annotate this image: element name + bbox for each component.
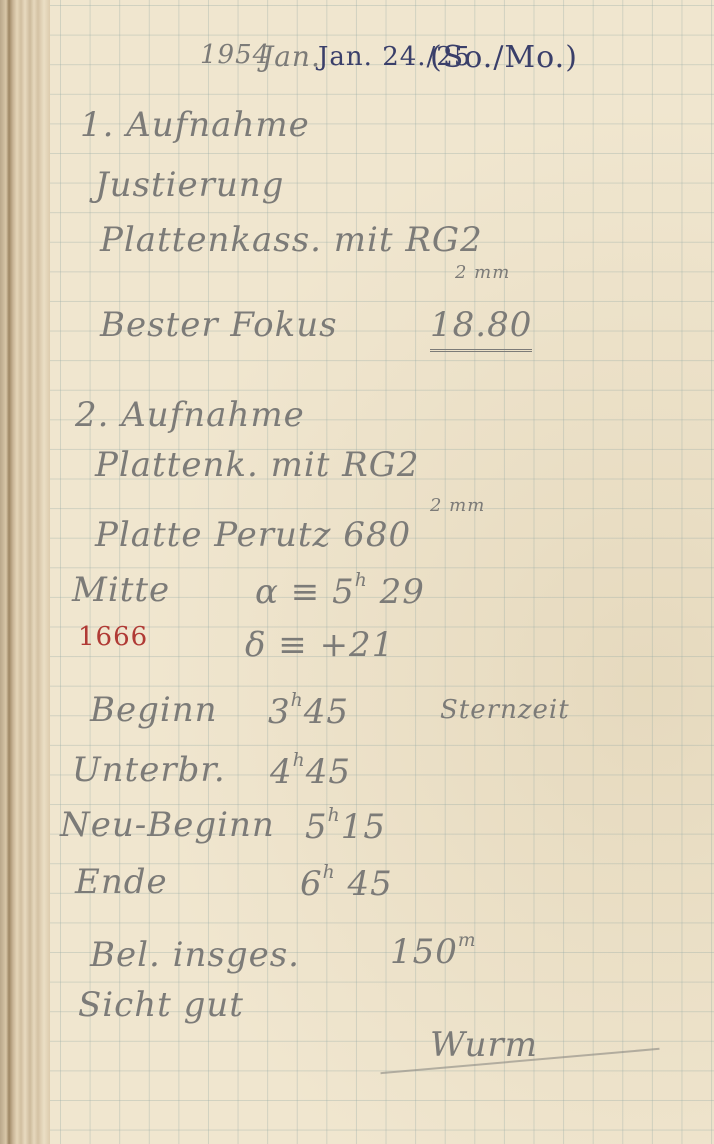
interrupt-h-unit: h <box>293 750 306 771</box>
total-exposure: 150m <box>390 930 477 972</box>
header-days: (So./Mo.) <box>430 40 578 75</box>
begin-m: 45 <box>304 692 349 732</box>
right-ascension: α ≡ 5h 29 <box>255 570 425 612</box>
alpha-min: 29 <box>380 572 425 612</box>
interrupt-h: 4 <box>270 752 293 792</box>
alpha-unit: h <box>355 570 368 591</box>
begin-h-unit: h <box>291 690 304 711</box>
declination: δ ≡ +21 <box>245 625 394 665</box>
interrupt-label: Unterbr. <box>72 750 226 790</box>
second-exposure-title: 2. Aufnahme <box>75 395 305 435</box>
first-exposure-title: 1. Aufnahme <box>80 105 310 145</box>
begin-time: 3h45 <box>268 690 349 732</box>
begin-note: Sternzeit <box>440 695 570 725</box>
total-label: Bel. insges. <box>90 935 300 975</box>
justierung-text: Justierung <box>95 165 284 205</box>
plate-holder-1-mm: 2 mm <box>455 262 510 283</box>
interrupt-time: 4h45 <box>270 750 351 792</box>
begin-h: 3 <box>268 692 291 732</box>
restart-m: 15 <box>341 807 386 847</box>
best-focus-value: 18.80 <box>430 305 532 352</box>
header-year: 1954 <box>200 40 270 70</box>
end-label: Ende <box>75 862 168 902</box>
restart-h-unit: h <box>328 805 341 826</box>
end-time: 6h 45 <box>300 862 393 904</box>
total-unit: m <box>458 930 477 951</box>
center-label: Mitte <box>72 570 170 610</box>
red-note: 1666 <box>78 622 148 652</box>
plate-type: Platte Perutz 680 <box>95 515 411 555</box>
plate-holder-2: Plattenk. mit RG2 <box>95 445 420 485</box>
seeing-note: Sicht gut <box>78 985 244 1025</box>
begin-label: Beginn <box>90 690 218 730</box>
interrupt-m: 45 <box>306 752 351 792</box>
best-focus-label: Bester Fokus <box>100 305 338 345</box>
alpha-value: α ≡ 5 <box>255 572 355 612</box>
restart-h: 5 <box>305 807 328 847</box>
end-h: 6 <box>300 864 323 904</box>
end-m: 45 <box>348 864 393 904</box>
total-value: 150 <box>390 932 458 972</box>
restart-label: Neu-Beginn <box>60 805 275 845</box>
plate-holder-2-mm: 2 mm <box>430 495 485 516</box>
plate-holder-1: Plattenkass. mit RG2 <box>100 220 483 260</box>
end-h-unit: h <box>323 862 336 883</box>
restart-time: 5h15 <box>305 805 386 847</box>
header-month: Jan. <box>262 40 321 73</box>
